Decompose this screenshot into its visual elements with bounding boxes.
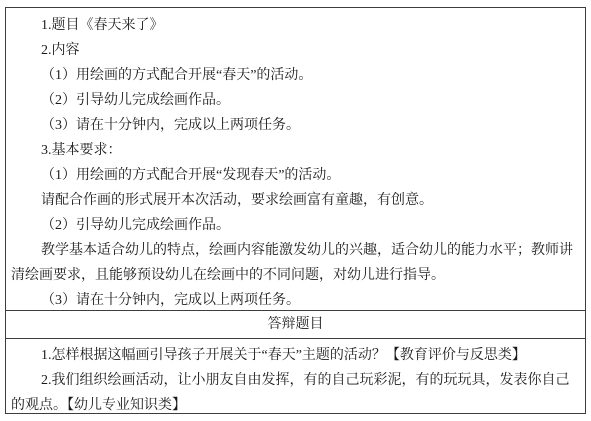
text-line: （3）请在十分钟内，完成以上两项任务。	[11, 288, 581, 310]
text-line: 1.题目《春天来了》	[11, 13, 581, 38]
text-line: （2）引导幼儿完成绘画作品。	[11, 88, 581, 113]
text-line: （1）用绘画的方式配合开展“春天”的活动。	[11, 63, 581, 88]
text-line: 1.怎样根据这幅画引导孩子开展关于“春天”主题的活动？【教育评价与反思类】	[11, 343, 581, 368]
document-page: 1.题目《春天来了》2.内容（1）用绘画的方式配合开展“春天”的活动。（2）引导…	[0, 0, 591, 421]
text-line: 清绘画要求，且能够预设幼儿在绘画中的不同问题，对幼儿进行指导。	[11, 263, 581, 288]
text-line: 2.我们组织绘画活动，让小朋友自由发挥，有的自己玩彩泥，有的玩玩具，发表你自己	[11, 368, 581, 393]
text-line: （3）请在十分钟内，完成以上两项任务。	[11, 113, 581, 138]
defense-section: 1.怎样根据这幅画引导孩子开展关于“春天”主题的活动？【教育评价与反思类】2.我…	[6, 339, 585, 413]
text-line: 2.内容	[11, 38, 581, 63]
text-line: 请配合作画的形式展开本次活动，要求绘画富有童趣，有创意。	[11, 188, 581, 213]
text-line: 的观点。【幼儿专业知识类】	[11, 393, 581, 413]
task-section: 1.题目《春天来了》2.内容（1）用绘画的方式配合开展“春天”的活动。（2）引导…	[6, 8, 585, 310]
text-line: 教学基本适合幼儿的特点，绘画内容能激发幼儿的兴趣，适合幼儿的能力水平；教师讲	[11, 238, 581, 263]
defense-header: 答辩题目	[6, 310, 585, 339]
text-line: 3.基本要求：	[11, 138, 581, 163]
task-table: 1.题目《春天来了》2.内容（1）用绘画的方式配合开展“春天”的活动。（2）引导…	[5, 7, 586, 414]
text-line: （2）引导幼儿完成绘画作品。	[11, 213, 581, 238]
text-line: （1）用绘画的方式配合开展“发现春天”的活动。	[11, 163, 581, 188]
